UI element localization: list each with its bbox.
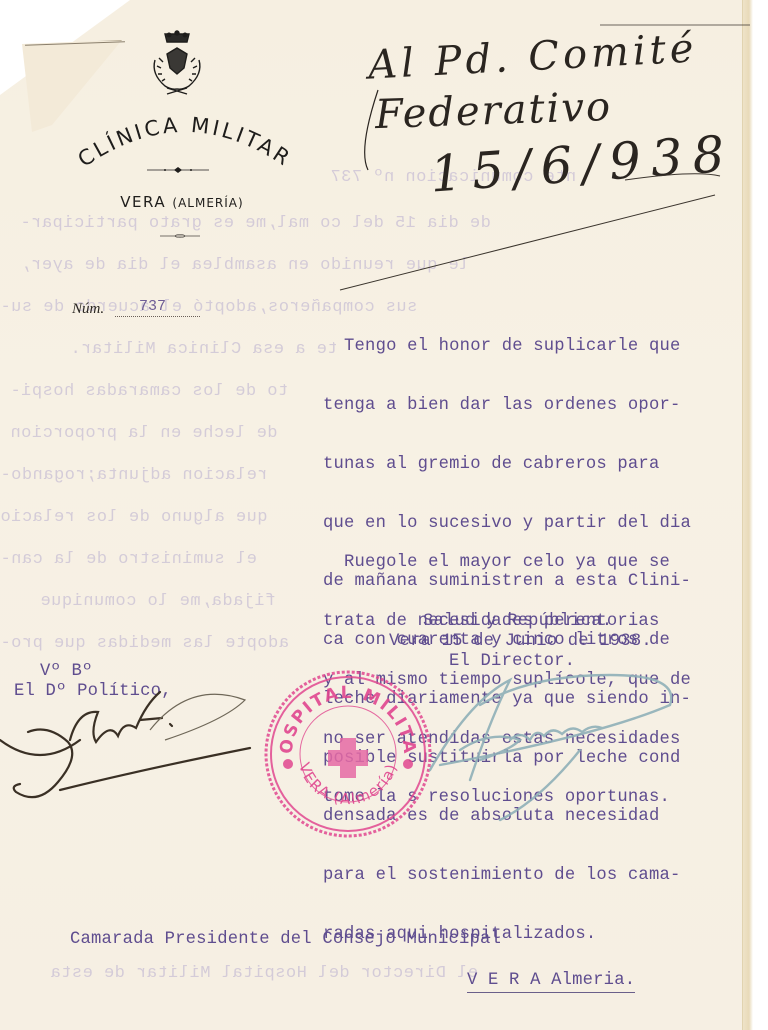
body-line: Ruegole el mayor celo ya que se <box>323 553 691 573</box>
location-province: (ALMERÍA) <box>172 196 243 210</box>
red-cross-icon <box>328 738 368 778</box>
director-signature <box>420 670 690 840</box>
reference-number: 737 <box>115 299 200 317</box>
bleed-through-line: te a esa Clinica Militar. <box>70 340 338 359</box>
bleed-through-line: fijada,me lo comunique <box>40 592 275 611</box>
closing-salutation: Salud y República. <box>423 612 612 632</box>
bleed-through-line: que alguno de los relacio <box>0 508 268 527</box>
reference-label: Núm. <box>72 301 104 318</box>
body-line: para el sostenimiento de los cama- <box>323 866 691 886</box>
body-line: Tengo el honor de suplicarle que <box>323 337 691 357</box>
bleed-through-line: de leche en la proporcion <box>10 424 278 443</box>
location-line: VERA (ALMERÍA) <box>107 193 257 211</box>
hospital-stamp: HOSPITAL MILITAR VERA (Almería) <box>262 668 434 840</box>
delegate-signature <box>0 690 260 800</box>
bleed-through-line: relacion adjunta;rogando- <box>0 466 268 485</box>
bleed-through-line: le que reunido en asamblea el dia de aye… <box>20 256 469 275</box>
body-line: tunas al gremio de cabreros para <box>323 455 691 475</box>
bleed-through-line: de dia 15 del co mal,me es grato partici… <box>20 214 491 233</box>
page-edge <box>742 0 753 1030</box>
addressee-city: V E R A Almeria. <box>467 971 635 993</box>
bleed-through-line: el Director del Hospital Militar de esta <box>50 964 478 983</box>
crest-icon <box>145 30 209 96</box>
bleed-through-line: el suministro de la can- <box>0 550 257 569</box>
svg-text:CLÍNICA MILITAR: CLÍNICA MILITAR <box>74 113 297 172</box>
approval-mark: Vº Bº <box>40 662 93 682</box>
bleed-through-line: adopte las medidas que pro- <box>0 634 289 653</box>
annotation-line-2: Federativo <box>374 84 612 138</box>
addressee-title: Camarada Presidente del Consejo Municipa… <box>70 930 501 950</box>
date-line: Vera 15 de Junio de 1938. <box>389 632 652 652</box>
mini-ornament <box>160 234 200 238</box>
body-line: tenga a bien dar las ordenes opor- <box>323 396 691 416</box>
location-city: VERA <box>120 193 166 211</box>
bleed-through-line: to de los camaradas hospi- <box>10 382 288 401</box>
ornament-divider <box>147 167 209 173</box>
signatory-title: El Director. <box>449 652 575 672</box>
